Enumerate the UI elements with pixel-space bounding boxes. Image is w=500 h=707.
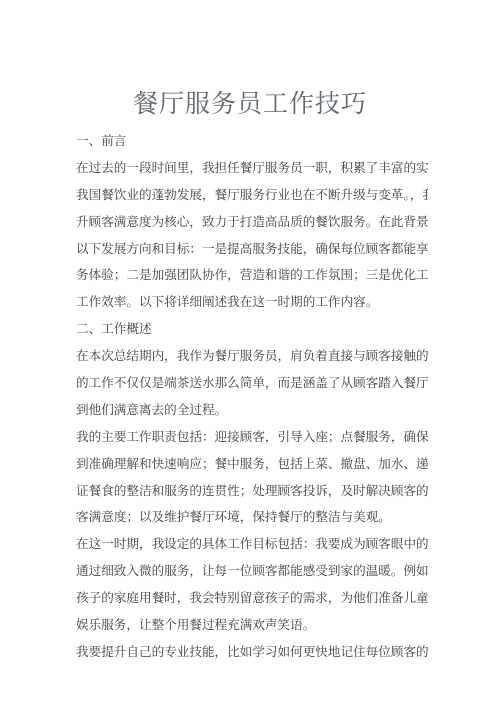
paragraph-line: 我的主要工作职责包括：迎接顾客，引导入座；点餐服务，确保顾客的需求得 [76, 424, 428, 451]
paragraph-line: 务体验；二是加强团队协作，营造和谐的工作氛围；三是优化工作流程，提高 [76, 262, 428, 289]
section-heading: 二、工作概述 [76, 316, 428, 343]
document-title: 餐厅服务员工作技巧 [0, 84, 500, 120]
paragraph-line: 升顾客满意度为核心，致力于打造高品质的餐饮服务。在此背景下，我明确了 [76, 209, 428, 236]
paragraph-line: 孩子的家庭用餐时，我会特别留意孩子的需求，为他们准备儿童餐具，并适时 [76, 585, 428, 612]
paragraph-line: 娱乐服务，让整个用餐过程充满欢声笑语。 [76, 612, 428, 639]
paragraph-line: 客满意度；以及维护餐厅环境，保持餐厅的整洁与美观。 [76, 504, 428, 531]
paragraph-line: 证餐食的整洁和服务的连贯性；处理顾客投诉，及时解决顾客的困扰，提升顾 [76, 478, 428, 505]
paragraph-line: 在过去的一段时间里，我担任餐厅服务员一职，积累了丰富的实践经验。随着 [76, 155, 428, 182]
paragraph-line: 到他们满意离去的全过程。 [76, 397, 428, 424]
section-heading: 一、前言 [76, 128, 428, 155]
paragraph-line: 到准确理解和快速响应；餐中服务，包括上菜、撤盘、加水、递送纸巾等，保 [76, 451, 428, 478]
paragraph-line: 我要提升自己的专业技能，比如学习如何更快地记住每位顾客的喜好，以便在 [76, 639, 428, 666]
paragraph-line: 通过细致入微的服务，让每一位顾客都能感受到家的温暖。例如，在一位带着 [76, 558, 428, 585]
paragraph-line: 我国餐饮业的蓬勃发展，餐厅服务行业也在不断升级与变革。，我所在餐厅以提 [76, 182, 428, 209]
paragraph-line: 在这一时期，我设定的具体工作目标包括：我要成为顾客眼中的“贴心管家”， [76, 531, 428, 558]
document-body: 一、前言 在过去的一段时间里，我担任餐厅服务员一职，积累了丰富的实践经验。随着 … [76, 128, 428, 666]
paragraph-line: 的工作不仅仅是端茶送水那么简单，而是涵盖了从顾客踏入餐厅的那一刻起， [76, 370, 428, 397]
paragraph-line: 工作效率。以下将详细阐述我在这一时期的工作内容。 [76, 289, 428, 316]
paragraph-line: 以下发展方向和目标：一是提高服务技能，确保每位顾客都能享受到优质的服 [76, 236, 428, 263]
paragraph-line: 在本次总结期内，我作为餐厅服务员，肩负着直接与顾客接触的重要职责。我 [76, 343, 428, 370]
